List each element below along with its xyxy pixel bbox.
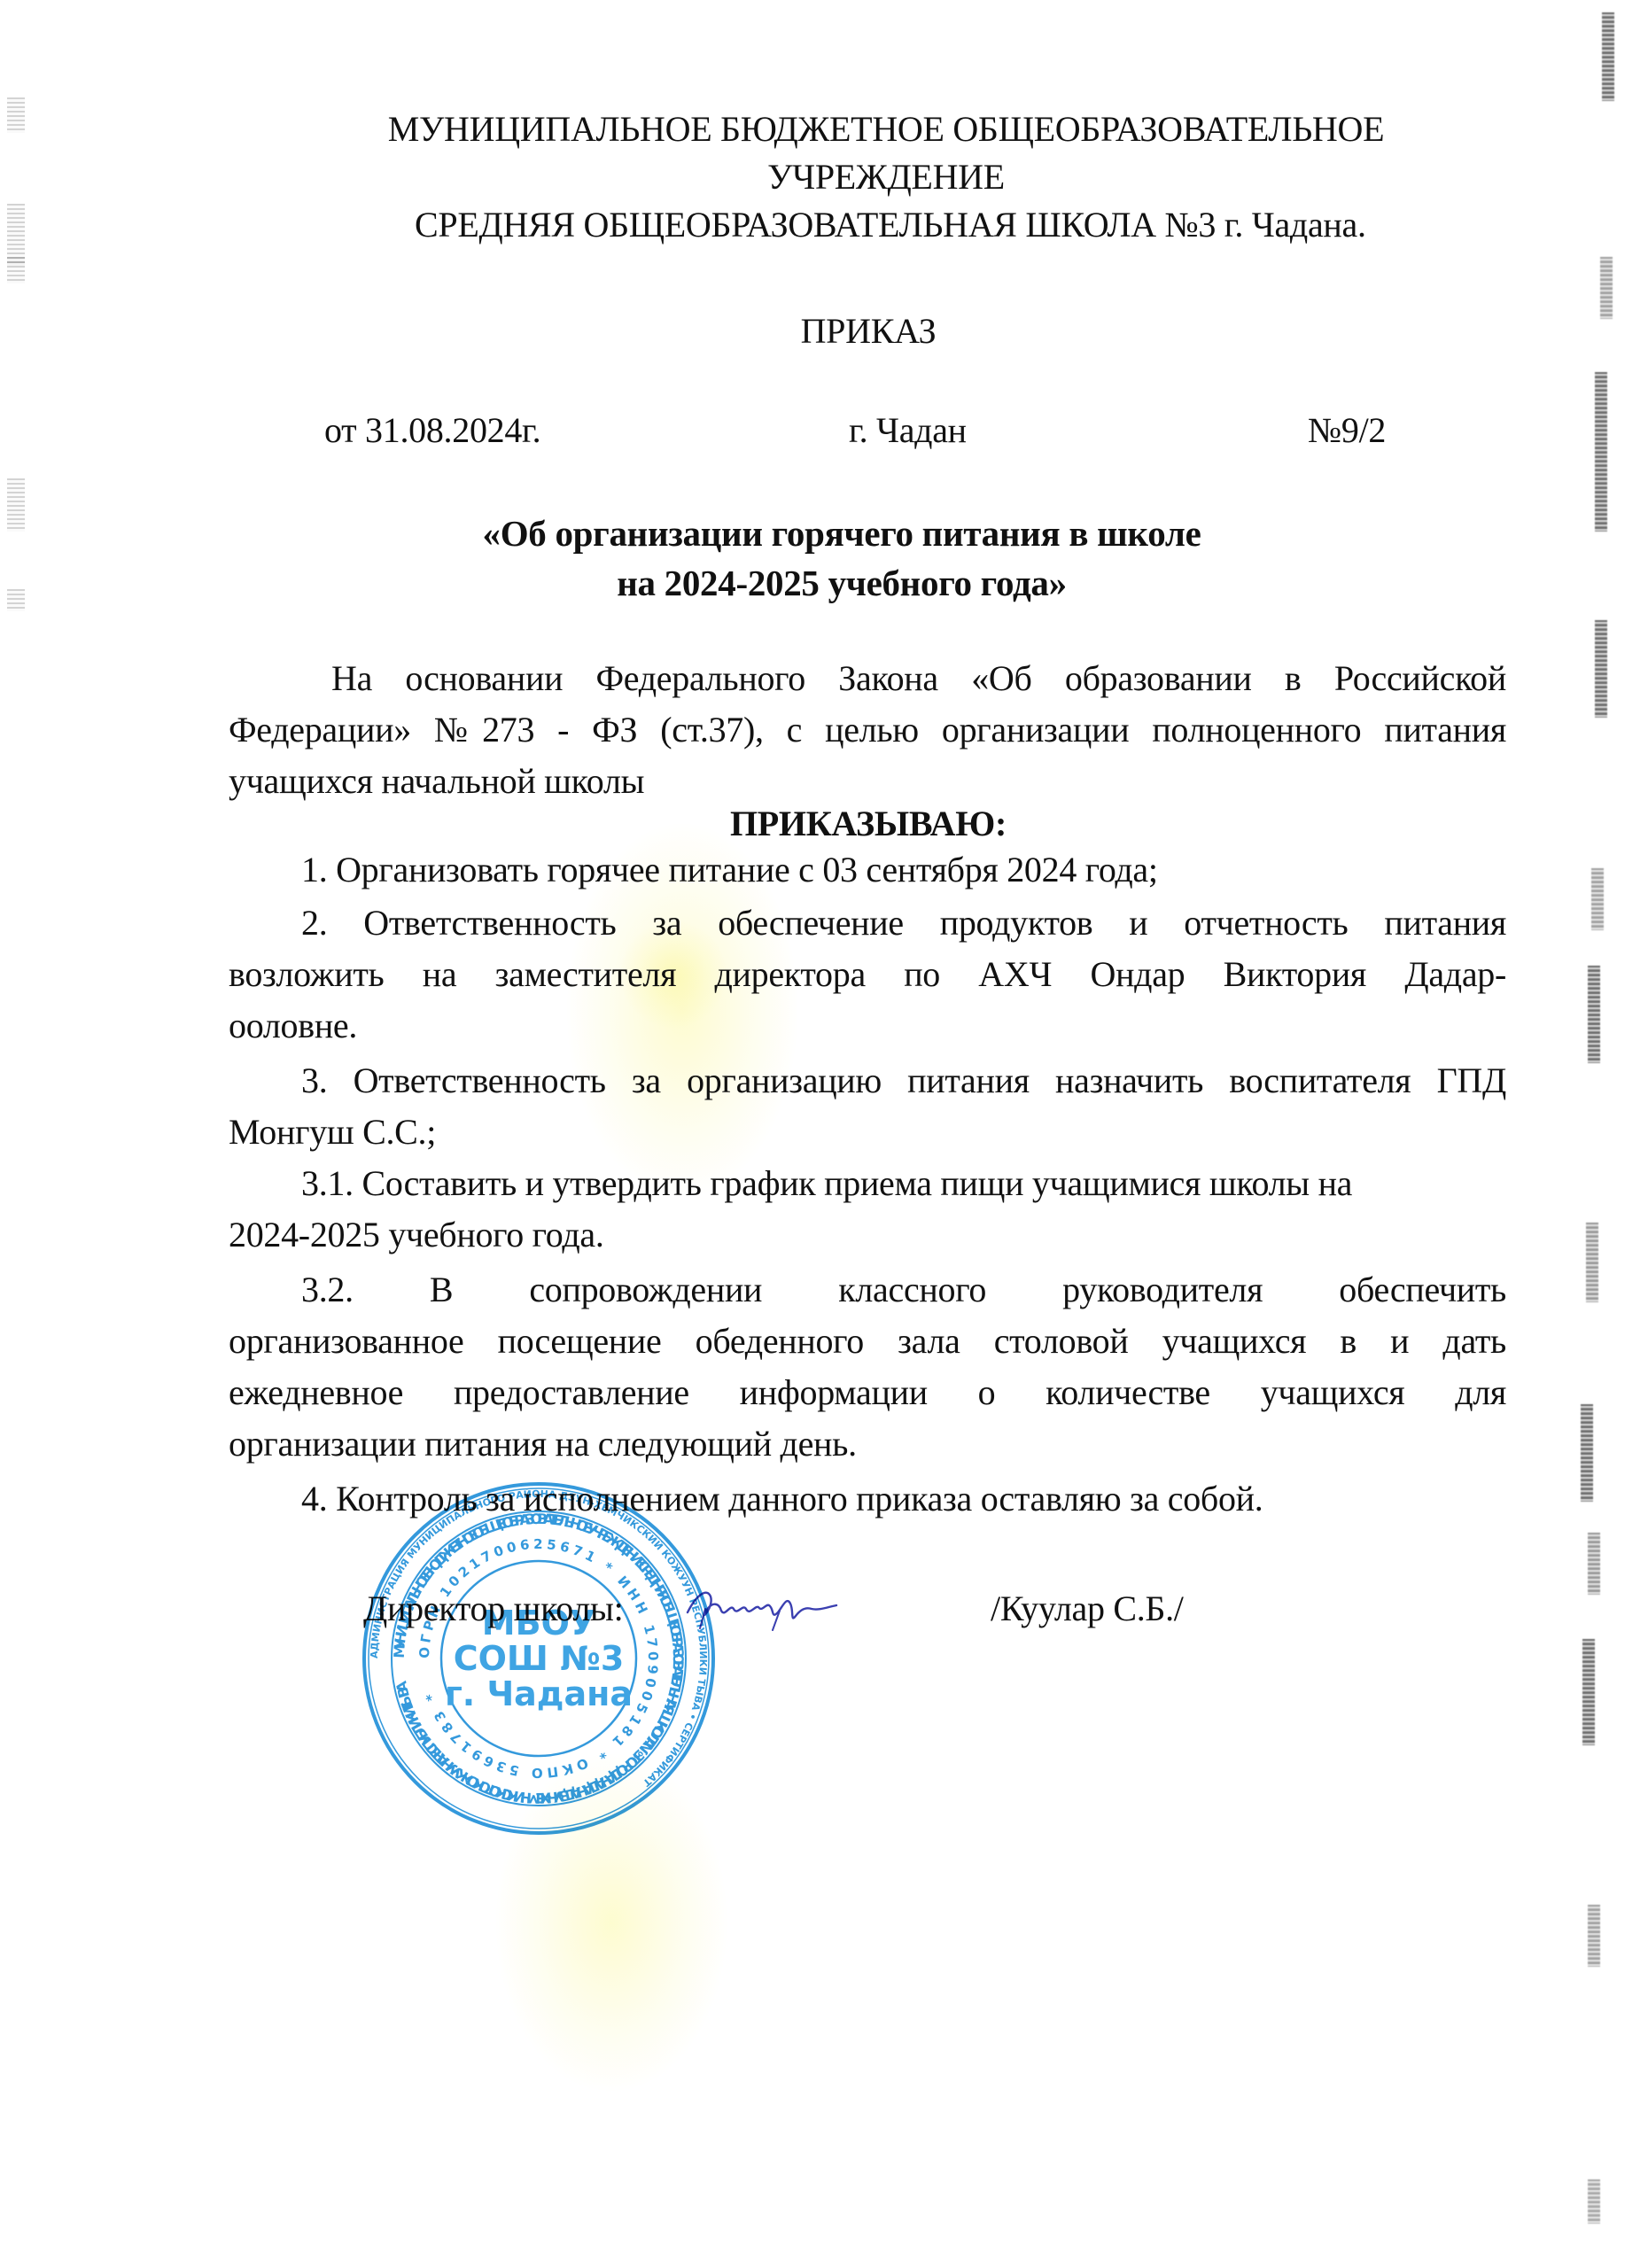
order-item-3-line-1: 3. Ответственность за организацию питани…: [301, 1060, 1506, 1102]
order-item-2-line-3: ооловне.: [229, 1005, 357, 1047]
scan-artifact: [1588, 966, 1600, 1063]
order-title-line-2: на 2024-2025 учебного года»: [354, 562, 1329, 604]
scan-artifact: [1588, 1905, 1600, 1967]
scan-artifact: [7, 97, 25, 133]
scan-artifact: [1588, 2179, 1600, 2224]
scan-artifact: [1581, 1404, 1593, 1502]
scan-artifact: [1595, 620, 1607, 718]
scan-artifact: [1582, 1639, 1595, 1745]
order-item-2-line-2: возложить на заместителя директора по АХ…: [229, 953, 1506, 996]
order-item-3-2-line-2: организованное посещение обеденного зала…: [229, 1320, 1506, 1363]
order-place: г. Чадан: [849, 409, 967, 452]
scan-artifact: [1588, 1533, 1600, 1595]
scan-artifact: [1600, 257, 1613, 319]
scan-artifact: [7, 257, 25, 283]
stamp-center: МБОУ СОШ №3 г. Чадана: [361, 1605, 716, 1712]
stamp-center-line-2: СОШ №3: [361, 1641, 716, 1676]
order-item-3-2-line-3: ежедневное предоставление информации о к…: [229, 1371, 1506, 1414]
order-item-2-line-1: 2. Ответственность за обеспечение продук…: [301, 902, 1506, 944]
official-stamp: АДМИНИСТРАЦИЯ МУНИЦИПАЛЬНОГО РАЙОНА ДЗУН…: [361, 1481, 716, 1836]
order-title-line-1: «Об организации горячего питания в школе: [354, 512, 1329, 555]
scan-artifact: [1595, 372, 1607, 532]
order-item-3-1-line-1: 3.1. Составить и утвердить график приема…: [301, 1162, 1352, 1205]
order-item-3-2-line-4: организации питания на следующий день.: [229, 1423, 857, 1465]
order-directive: ПРИКАЗЫВАЮ:: [532, 803, 1205, 845]
order-item-3-1-line-2: 2024-2025 учебного года.: [229, 1214, 604, 1256]
scan-artifact: [1586, 1223, 1598, 1302]
preamble-line-3: учащихся начальной школы: [229, 760, 644, 803]
order-number: №9/2: [1308, 409, 1386, 452]
order-item-1: 1. Организовать горячее питание с 03 сен…: [301, 849, 1158, 891]
scan-artifact: [7, 478, 25, 532]
order-item-3-line-2: Монгуш С.С.;: [229, 1111, 436, 1153]
stamp-center-line-1: МБОУ: [361, 1605, 716, 1641]
scan-artifact: [1602, 12, 1614, 101]
order-date: от 31.08.2024г.: [324, 409, 540, 452]
stamp-center-line-3: г. Чадана: [361, 1676, 716, 1712]
signatory-name: /Куулар С.Б./: [991, 1588, 1184, 1630]
scan-artifact: [1591, 868, 1604, 930]
order-item-3-2-line-1: 3.2. В сопровождении классного руководит…: [301, 1269, 1506, 1311]
document-page: МУНИЦИПАЛЬНОЕ БЮДЖЕТНОЕ ОБЩЕОБРАЗОВАТЕЛЬ…: [0, 0, 1648, 2268]
header-line-1: МУНИЦИПАЛЬНОЕ БЮДЖЕТНОЕ ОБЩЕОБРАЗОВАТЕЛЬ…: [266, 108, 1506, 151]
document-type: ПРИКАЗ: [620, 310, 1116, 353]
header-line-2: УЧРЕЖДЕНИЕ: [266, 156, 1506, 198]
preamble-line-1: На основании Федерального Закона «Об обр…: [331, 657, 1506, 700]
preamble-line-2: Федерации» №273 - ФЗ (ст.37), с целью ор…: [229, 709, 1506, 751]
scan-artifact: [7, 589, 25, 611]
header-line-3: СРЕДНЯЯ ОБЩЕОБРАЗОВАТЕЛЬНАЯ ШКОЛА №3 г. …: [415, 204, 1366, 246]
